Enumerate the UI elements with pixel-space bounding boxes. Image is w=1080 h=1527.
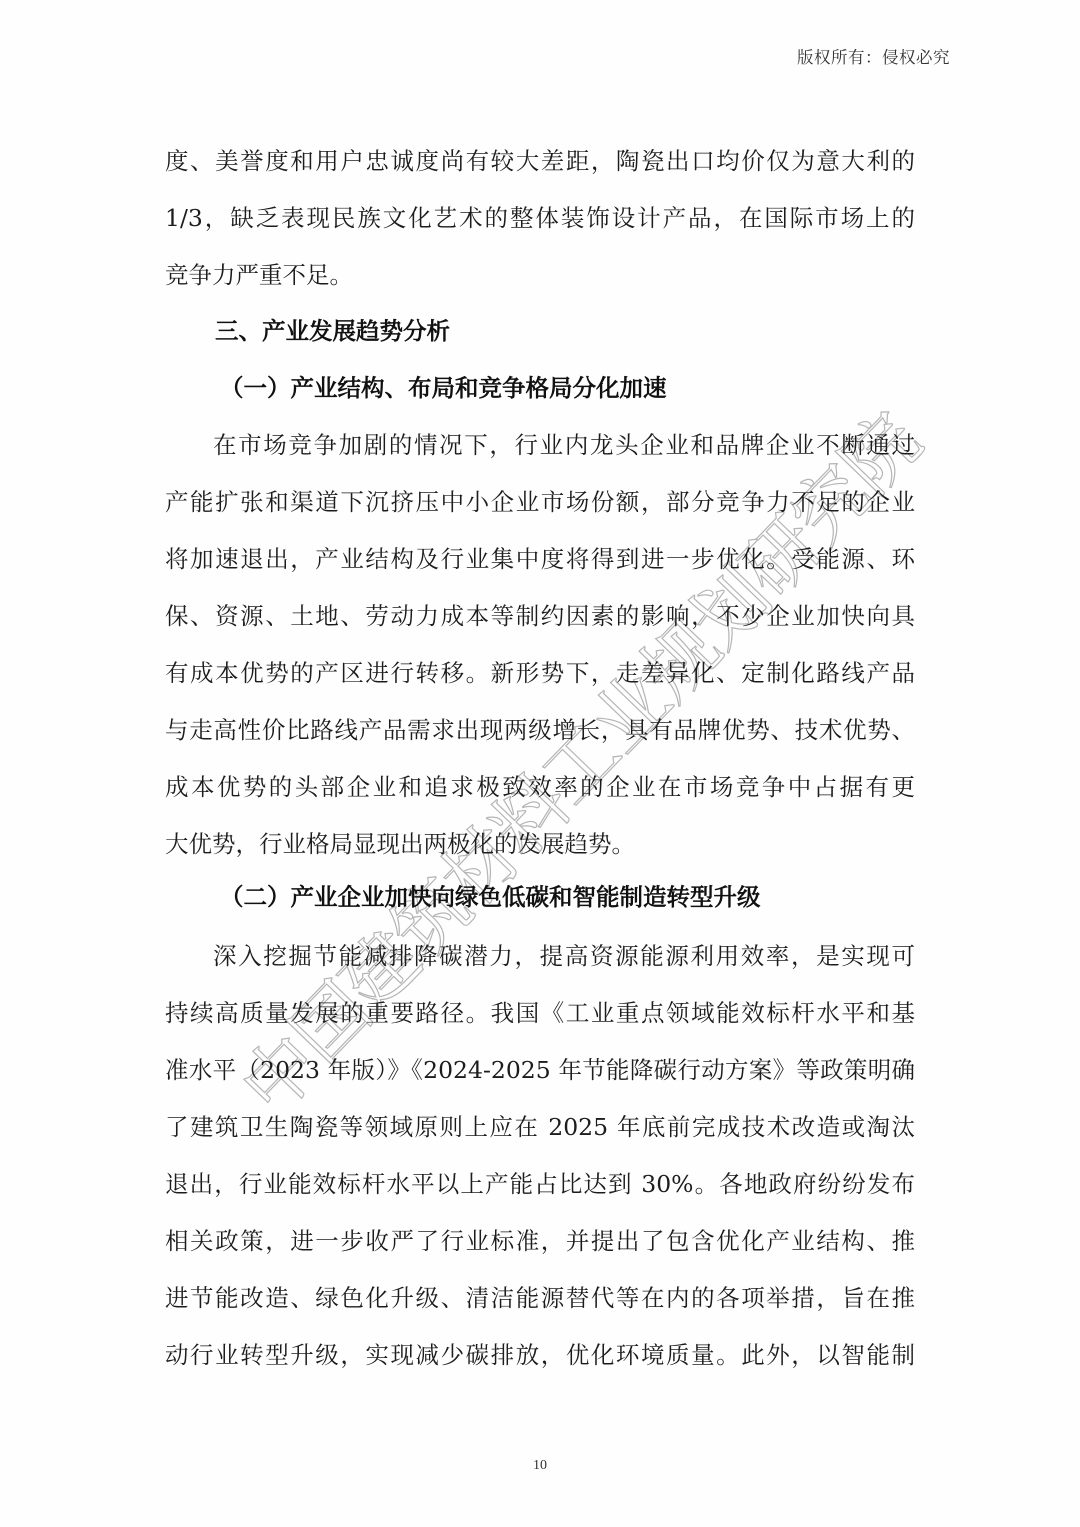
paragraph-line: 在市场竞争加剧的情况下，行业内龙头企业和品牌企业不断通过 [213, 430, 915, 460]
paragraph-line: 退出，行业能效标杆水平以上产能占比达到 30%。各地政府纷纷发布 [165, 1169, 915, 1199]
paragraph-line: 产能扩张和渠道下沉挤压中小企业市场份额，部分竞争力不足的企业 [165, 487, 915, 517]
paragraph-line: 了建筑卫生陶瓷等领域原则上应在 2025 年底前完成技术改造或淘汰 [165, 1112, 915, 1142]
paragraph-line: 动行业转型升级，实现减少碳排放，优化环境质量。此外，以智能制 [165, 1340, 915, 1370]
document-page: 版权所有：侵权必究 中国建筑材料工业规划研究院 度、美誉度和用户忠诚度尚有较大差… [0, 0, 1080, 1527]
paragraph-line: 成本优势的头部企业和追求极致效率的企业在市场竞争中占据有更 [165, 772, 915, 802]
paragraph-line: 竞争力严重不足。 [165, 260, 915, 290]
paragraph-line: 进节能改造、绿色化升级、清洁能源替代等在内的各项举措，旨在推 [165, 1283, 915, 1313]
paragraph-line: 深入挖掘节能减排降碳潜力，提高资源能源利用效率，是实现可 [213, 941, 915, 971]
paragraph-line: 相关政策，进一步收严了行业标准，并提出了包含优化产业结构、推 [165, 1226, 915, 1256]
paragraph-line: 度、美誉度和用户忠诚度尚有较大差距，陶瓷出口均价仅为意大利的 [165, 146, 915, 176]
paragraph-line: 保、资源、土地、劳动力成本等制约因素的影响，不少企业加快向具 [165, 601, 915, 631]
paragraph-line: 与走高性价比路线产品需求出现两级增长，具有品牌优势、技术优势、 [165, 715, 915, 745]
paragraph-line: 1/3，缺乏表现民族文化艺术的整体装饰设计产品，在国际市场上的 [165, 203, 915, 233]
section-heading: 三、产业发展趋势分析 [215, 316, 450, 346]
page-number: 10 [0, 1458, 1080, 1474]
paragraph-line: 有成本优势的产区进行转移。新形势下，走差异化、定制化路线产品 [165, 658, 915, 688]
paragraph-line: 大优势，行业格局显现出两极化的发展趋势。 [165, 829, 915, 859]
paragraph-line: 持续高质量发展的重要路径。我国《工业重点领域能效标杆水平和基 [165, 998, 915, 1028]
subsection-heading-1: （一）产业结构、布局和竞争格局分化加速 [220, 373, 667, 403]
subsection-heading-2: （二）产业企业加快向绿色低碳和智能制造转型升级 [220, 882, 761, 912]
paragraph-line: 准水平（2023 年版）》《2024-2025 年节能降碳行动方案》等政策明确 [165, 1055, 915, 1085]
paragraph-line: 将加速退出，产业结构及行业集中度将得到进一步优化。受能源、环 [165, 544, 915, 574]
copyright-notice: 版权所有：侵权必究 [797, 44, 950, 68]
